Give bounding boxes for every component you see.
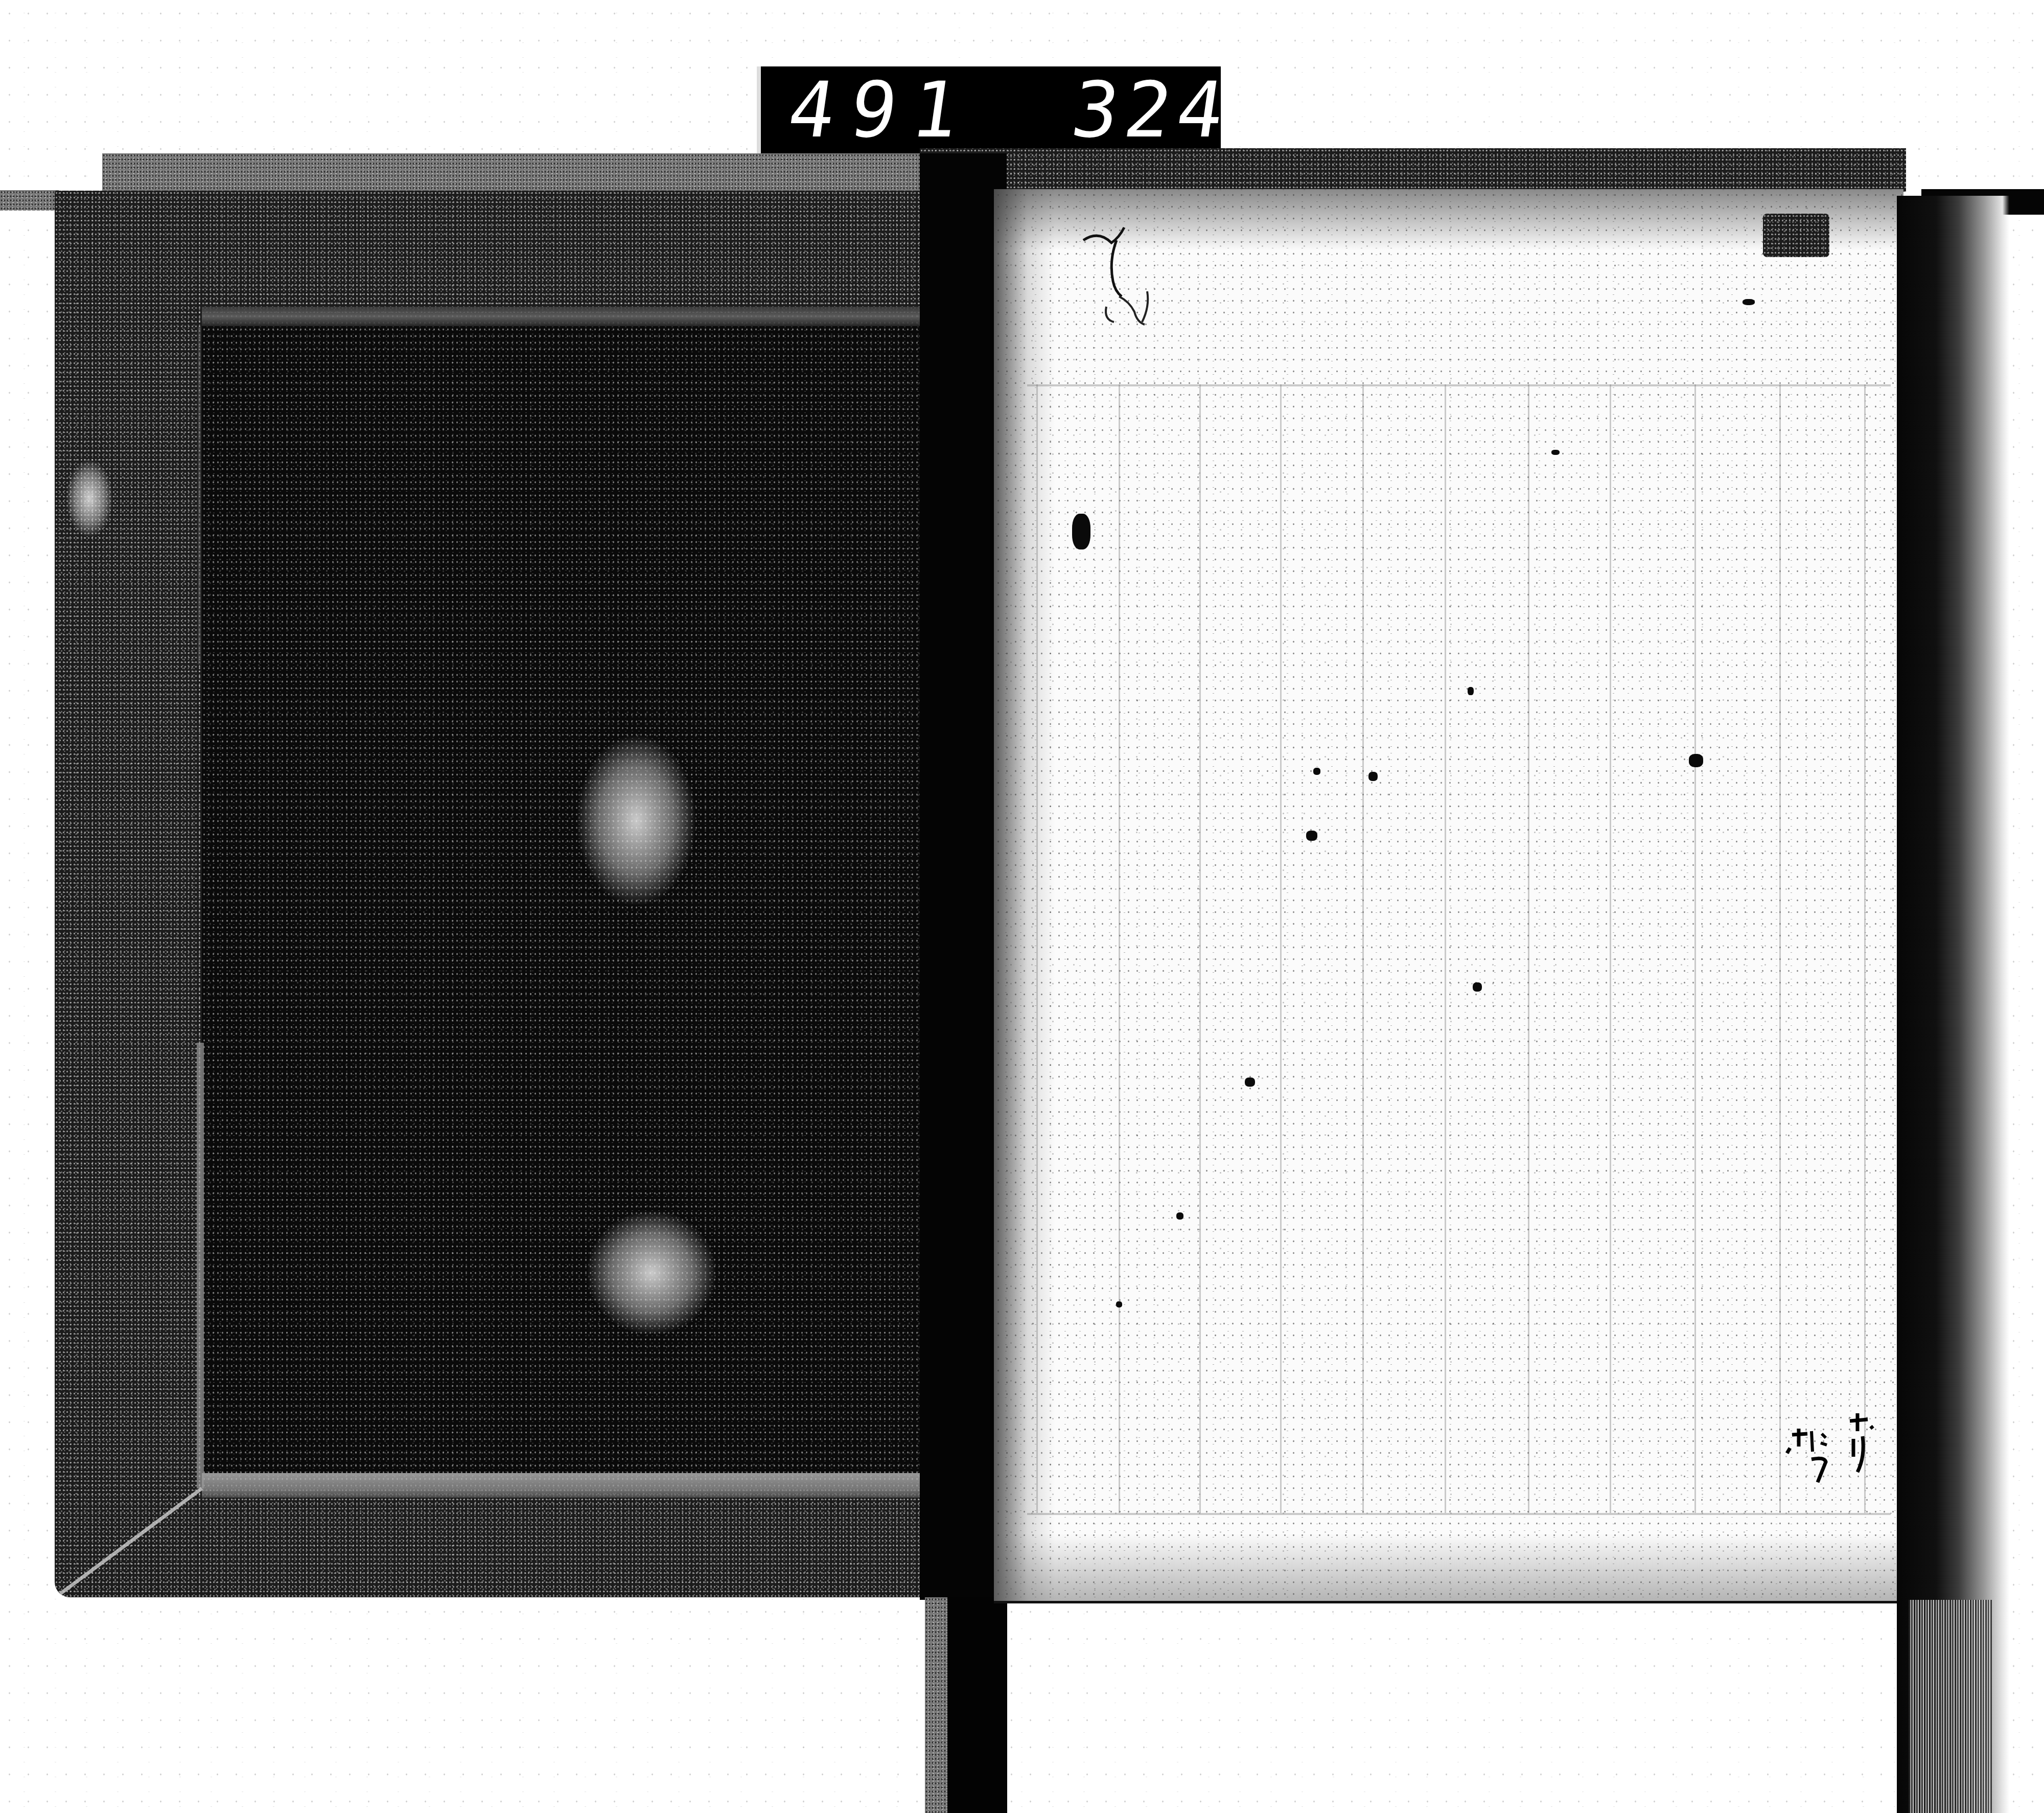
- page-edges-stack: [1909, 1600, 1993, 1813]
- page-block-fore-edge: [1897, 196, 2009, 1813]
- ink-speck: [1689, 754, 1703, 767]
- ruled-line: [1199, 384, 1201, 1513]
- ink-speck: [1306, 831, 1317, 841]
- ruled-line: [1119, 384, 1120, 1513]
- ink-speck: [1116, 1301, 1122, 1307]
- ruled-line: [1779, 384, 1781, 1513]
- ruled-line: [1280, 384, 1282, 1513]
- ink-speck: [1313, 768, 1320, 775]
- cover-wear-mark: [588, 1211, 715, 1334]
- ruled-line: [1694, 384, 1696, 1513]
- ink-speck: [1245, 1077, 1255, 1087]
- handwritten-scribble-icon: [1068, 220, 1180, 337]
- ruled-line: [1528, 384, 1529, 1513]
- ink-speck: [1551, 450, 1560, 455]
- ink-speck: [1176, 1212, 1183, 1220]
- page-block-top-edge: [920, 148, 1906, 192]
- ruled-line: [1036, 384, 1038, 1513]
- handwritten-note: ナリ ホニフ: [1781, 1408, 1883, 1485]
- ledger-page: [994, 189, 1903, 1602]
- ink-speck: [1743, 299, 1755, 305]
- ink-speck: [1368, 772, 1378, 781]
- spine-lower: [947, 1597, 1007, 1813]
- seal-stamp-icon: [1763, 214, 1829, 257]
- ruled-border: [1027, 384, 1891, 386]
- ruled-border: [1027, 1513, 1891, 1515]
- ruled-line: [1445, 384, 1446, 1513]
- ruled-line: [1610, 384, 1611, 1513]
- page-bottom-shadow: [994, 1533, 1903, 1602]
- ruled-line: [1864, 384, 1866, 1513]
- cover-frame-lines: [0, 0, 1022, 1636]
- spine-edge: [925, 1597, 948, 1813]
- cover-wear-mark: [577, 736, 695, 905]
- ruled-line: [1362, 384, 1364, 1513]
- handwriting-left-column: ホニフ: [1791, 1426, 1859, 1485]
- page-gutter-shadow: [994, 189, 1055, 1602]
- ink-speck: [1072, 514, 1090, 549]
- cover-wear-mark: [66, 460, 112, 537]
- page-bottom-edge: [994, 1601, 1903, 1603]
- ink-speck: [1468, 687, 1474, 695]
- plate-number-right: 324.: [1067, 70, 1288, 151]
- ink-speck: [1473, 982, 1482, 992]
